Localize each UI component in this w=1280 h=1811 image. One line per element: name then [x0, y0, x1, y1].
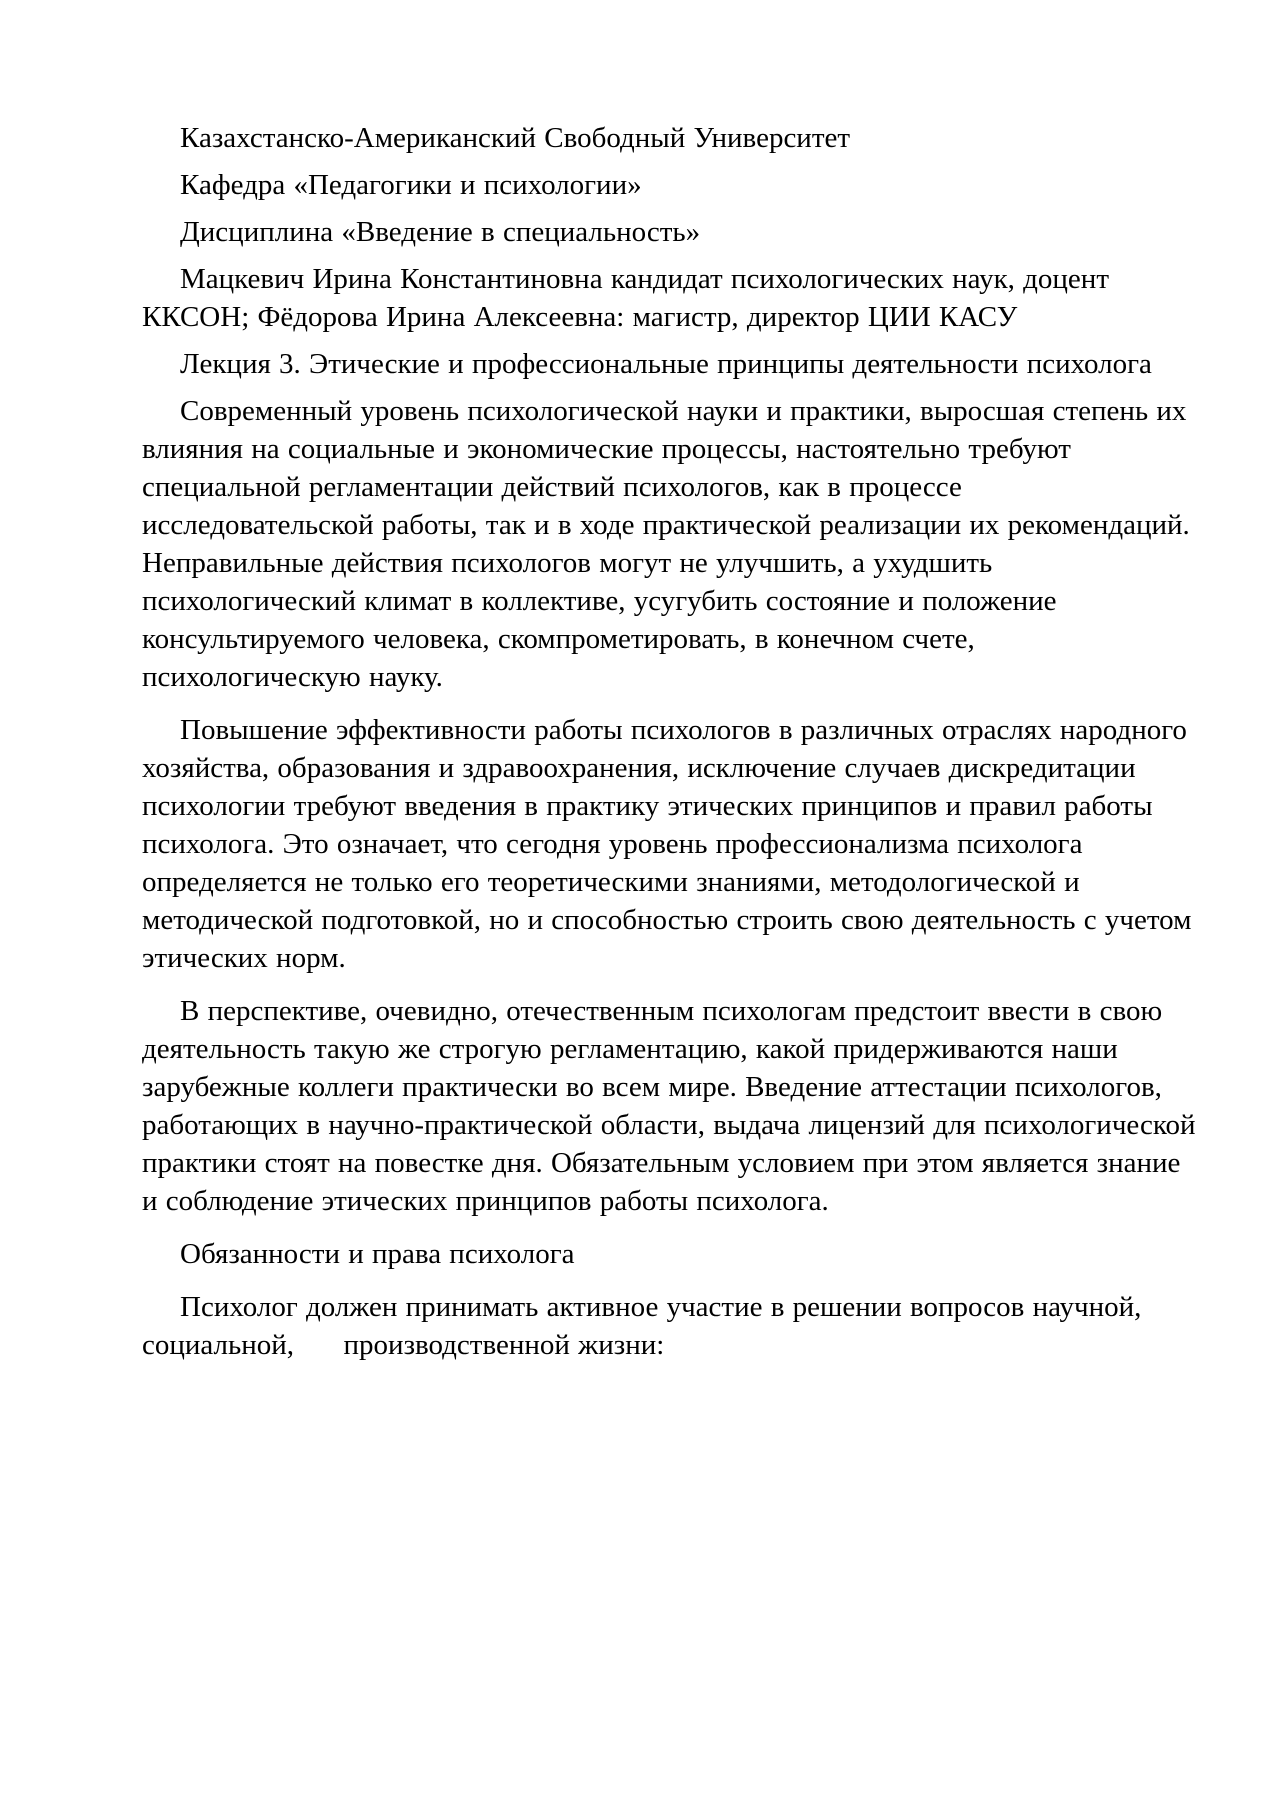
paragraph-perspective: В перспективе, очевидно, отечественным п…: [142, 992, 1197, 1220]
section-heading-duties: Обязанности и права психолога: [142, 1235, 1197, 1273]
lecture-title: Лекция 3. Этические и профессиональные п…: [142, 345, 1197, 383]
header-authors: Мацкевич Ирина Константиновна кандидат п…: [142, 260, 1197, 336]
paragraph-effectiveness: Повышение эффективности работы психолого…: [142, 711, 1197, 977]
header-university: Казахстанско-Американский Свободный Унив…: [142, 119, 1197, 157]
paragraph-intro: Современный уровень психологической наук…: [142, 392, 1197, 696]
paragraph-psychologist-role: Психолог должен принимать активное участ…: [142, 1288, 1197, 1364]
header-discipline: Дисциплина «Введение в специальность»: [142, 213, 1197, 251]
header-department: Кафедра «Педагогики и психологии»: [142, 166, 1197, 204]
document-page: Казахстанско-Американский Свободный Унив…: [0, 0, 1280, 1811]
